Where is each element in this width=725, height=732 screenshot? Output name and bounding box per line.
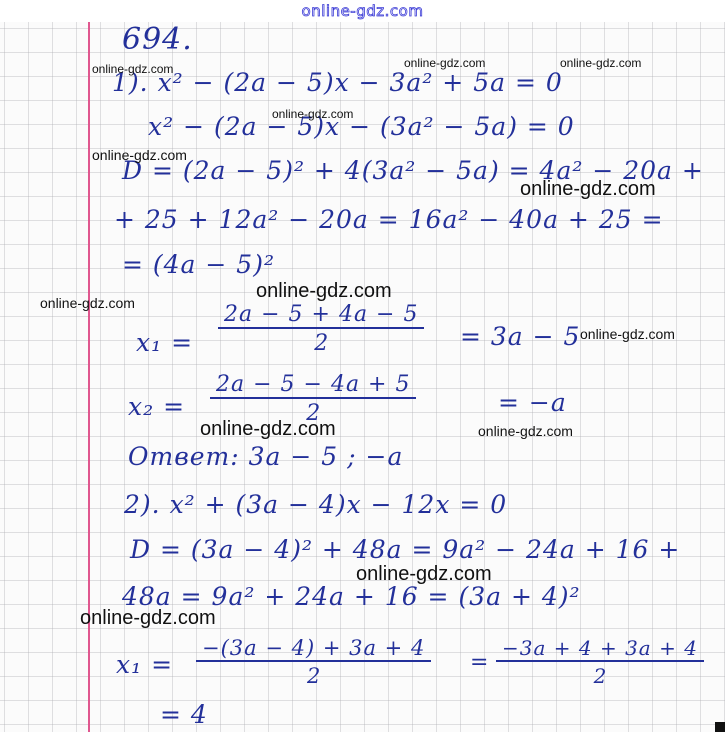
part1-x1-numerator: 2a − 5 + 4a − 5 (218, 302, 424, 329)
watermark: online-gdz.com (92, 147, 187, 163)
part1-rewrite: x² − (2a − 5)x − (3a² − 5a) = 0 (148, 112, 575, 141)
part2-label: 2). (124, 490, 161, 519)
watermark: online-gdz.com (404, 56, 485, 70)
part2-x1-fraction: −(3a − 4) + 3a + 4 2 (196, 636, 431, 688)
part1-x1-denominator: 2 (218, 329, 424, 356)
part1-x1-result: = 3a − 5 (460, 322, 580, 351)
watermark: online-gdz.com (256, 280, 392, 303)
part1-answer: Ответ: 3a − 5 ; −a (128, 442, 403, 471)
part1-discriminant-2: + 25 + 12a² − 20a = 16a² − 40a + 25 = (114, 205, 664, 234)
part2-discriminant-1: D = (3a − 4)² + 48a = 9a² − 24a + 16 + (130, 535, 680, 564)
watermark: online-gdz.com (80, 607, 216, 630)
watermark: online-gdz.com (272, 107, 353, 121)
part2-equation-text: x² + (3a − 4)x − 12x = 0 (170, 490, 508, 519)
part2-equals: = (470, 650, 489, 675)
part2-equation: 2). x² + (3a − 4)x − 12x = 0 (124, 490, 507, 519)
part1-x2-label: x₂ = (128, 392, 185, 421)
part2-x1-mid-denominator: 2 (496, 662, 704, 688)
part2-x1-numerator: −(3a − 4) + 3a + 4 (196, 636, 431, 662)
part1-x1-fraction: 2a − 5 + 4a − 5 2 (218, 302, 424, 356)
part2-x1-mid-numerator: −3a + 4 + 3a + 4 (496, 636, 704, 662)
problem-number: 694. (122, 22, 193, 57)
watermark: online-gdz.com (580, 326, 675, 342)
part1-equation-text: x² − (2a − 5)x − 3a² + 5a = 0 (158, 68, 563, 97)
part1-x1-label: x₁ = (136, 328, 193, 357)
watermark: online-gdz.com (356, 563, 492, 586)
watermark: online-gdz.com (40, 295, 135, 311)
scan-corner-artifact (715, 722, 725, 732)
header-watermark: online-gdz.com (0, 2, 725, 20)
part2-x1-denominator: 2 (196, 662, 431, 688)
part2-x1-result: = 4 (160, 700, 208, 729)
watermark: online-gdz.com (478, 423, 573, 439)
watermark: online-gdz.com (200, 418, 336, 441)
part1-equation: 1). x² − (2a − 5)x − 3a² + 5a = 0 (112, 68, 563, 97)
part1-x2-result: = −a (498, 388, 567, 417)
watermark: online-gdz.com (560, 56, 641, 70)
part1-discriminant-3: = (4a − 5)² (122, 250, 275, 279)
watermark: online-gdz.com (520, 178, 656, 201)
part2-x1-label: x₁ = (116, 650, 173, 679)
part1-x2-numerator: 2a − 5 − 4a + 5 (210, 372, 416, 399)
watermark: online-gdz.com (92, 62, 173, 76)
part2-x1-mid-fraction: −3a + 4 + 3a + 4 2 (496, 636, 704, 688)
